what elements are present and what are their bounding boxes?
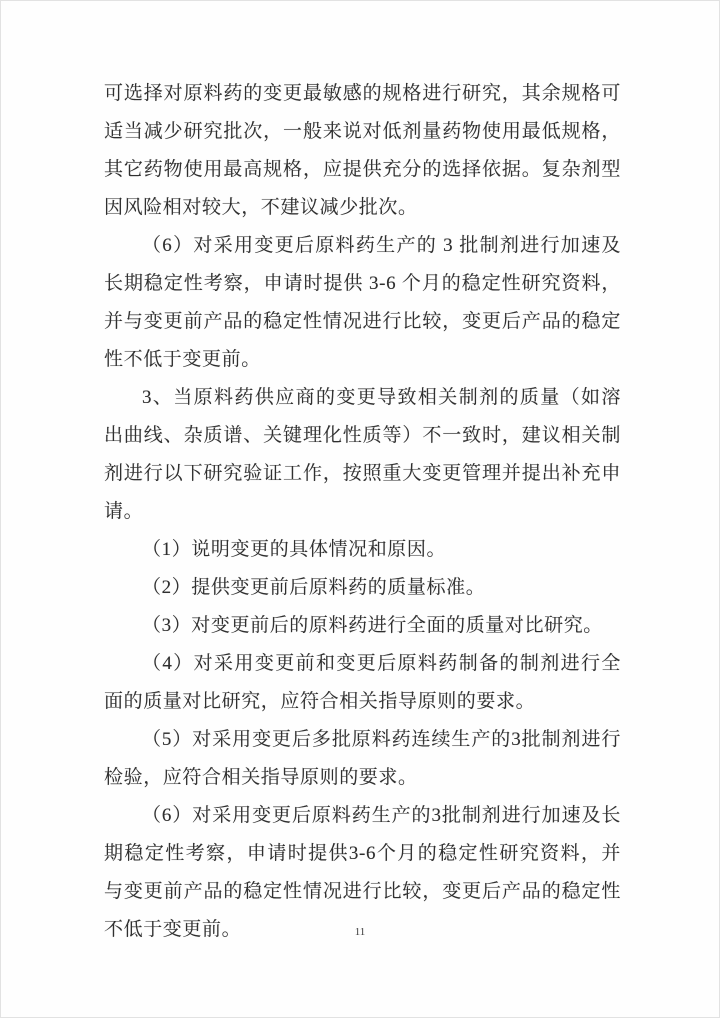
paragraph: （3）对变更前后的原料药进行全面的质量对比研究。 bbox=[104, 607, 621, 645]
paragraph: （2）提供变更前后原料药的质量标准。 bbox=[104, 569, 621, 607]
paragraph: （4）对采用变更前和变更后原料药制备的制剂进行全面的质量对比研究，应符合相关指导… bbox=[104, 645, 621, 721]
paragraph: 可选择对原料药的变更最敏感的规格进行研究，其余规格可适当减少研究批次，一般来说对… bbox=[104, 75, 621, 227]
paragraph: （5）对采用变更后多批原料药连续生产的3批制剂进行检验，应符合相关指导原则的要求… bbox=[104, 721, 621, 797]
page-number: 11 bbox=[0, 926, 720, 938]
paragraph: 3、当原料药供应商的变更导致相关制剂的质量（如溶出曲线、杂质谱、关键理化性质等）… bbox=[104, 379, 621, 531]
document-body: 可选择对原料药的变更最敏感的规格进行研究，其余规格可适当减少研究批次，一般来说对… bbox=[104, 75, 621, 949]
document-page: 可选择对原料药的变更最敏感的规格进行研究，其余规格可适当减少研究批次，一般来说对… bbox=[0, 0, 720, 1018]
paragraph: （1）说明变更的具体情况和原因。 bbox=[104, 531, 621, 569]
paragraph: （6）对采用变更后原料药生产的 3 批制剂进行加速及长期稳定性考察，申请时提供 … bbox=[104, 227, 621, 379]
